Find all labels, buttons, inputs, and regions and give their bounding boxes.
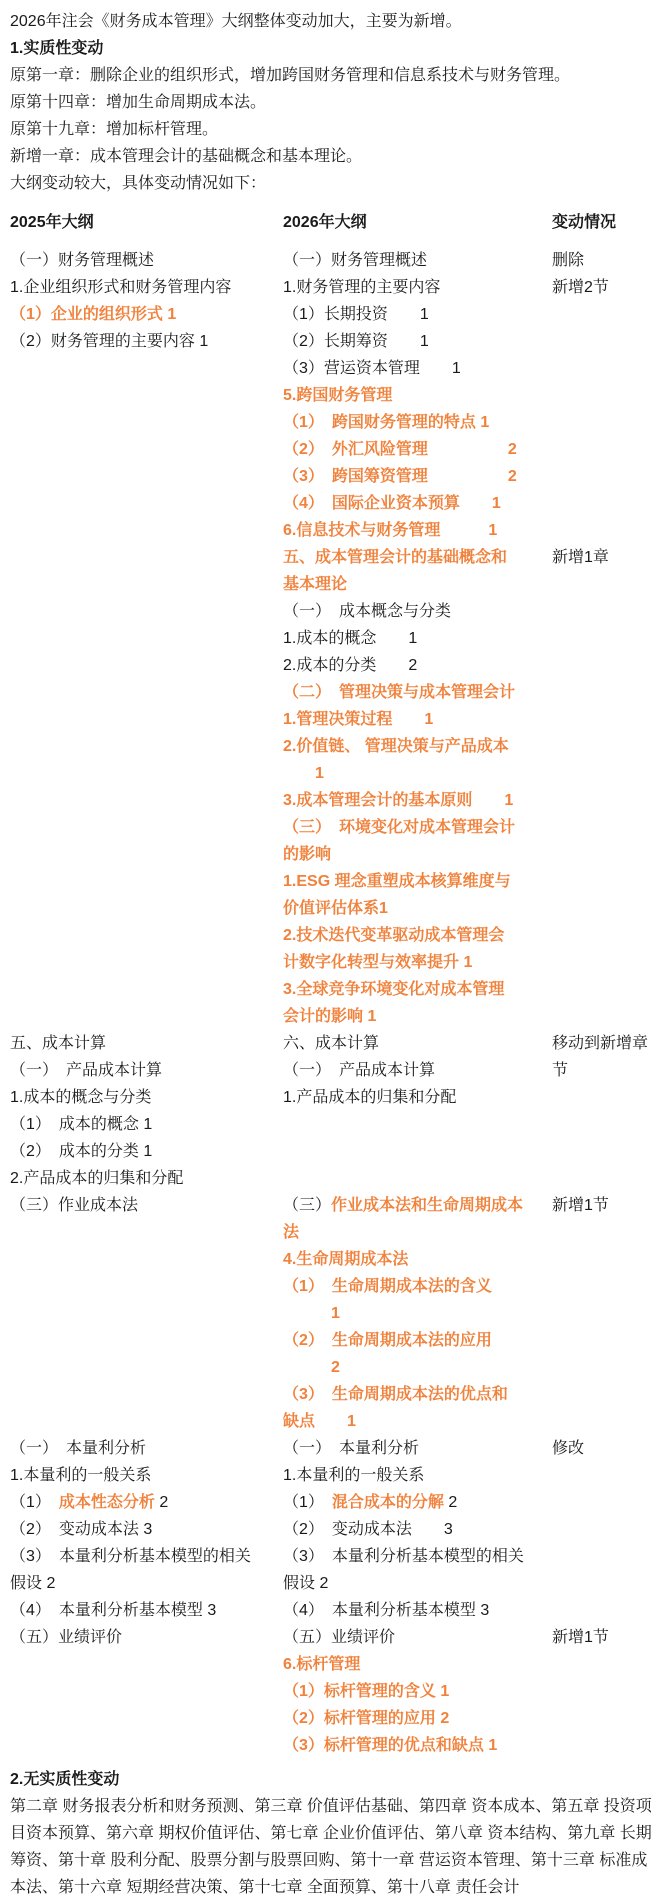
text-segment: （三）作业成本法 xyxy=(10,1197,138,1214)
text-segment: （一） 产品成本计算 xyxy=(10,1062,162,1079)
outro-section: 2.无实质性变动 第二章 财务报表分析和财务预测、第三章 价值评估基础、第四章 … xyxy=(10,1766,653,1901)
cell-2025-outline: （一）财务管理概述1.企业组织形式和财务管理内容（1）企业的组织形式 1（2）财… xyxy=(10,247,283,355)
cell-2026-outline: （三）作业成本法和生命周期成本法4.生命周期成本法（1） 生命周期成本法的含义 … xyxy=(283,1192,552,1435)
text-line: 1.成本的概念与分类 xyxy=(10,1084,283,1111)
text-segment: （4） 本量利分析基本模型 3 xyxy=(10,1602,216,1619)
text-segment: 六、成本计算 xyxy=(283,1035,379,1052)
text-segment: 2 xyxy=(155,1494,168,1511)
cell-2026-outline: （一） 本量利分析1.本量利的一般关系（1） 混合成本的分解 2（2） 变动成本… xyxy=(283,1435,552,1624)
text-segment: 新增2节 xyxy=(552,279,609,296)
text-segment: （五）业绩评价 xyxy=(283,1629,395,1646)
text-line: （一） 产品成本计算 xyxy=(10,1057,283,1084)
text-line: 法 xyxy=(283,1219,552,1246)
text-segment: （一）财务管理概述 xyxy=(10,252,154,269)
highlighted-text-segment: （2）标杆管理的应用 2 xyxy=(283,1710,449,1727)
intro-line-chapter1: 原第一章：删除企业的组织形式，增加跨国财务管理和信息系技术与财务管理。 xyxy=(10,62,653,89)
highlighted-text-segment: （二） 管理决策与成本管理会计 xyxy=(283,684,515,701)
text-line: （1） 成本性态分析 2 xyxy=(10,1489,283,1516)
text-line: （4） 本量利分析基本模型 3 xyxy=(283,1597,552,1624)
highlighted-text-segment: 1.ESG 理念重塑成本核算维度与 xyxy=(283,873,511,890)
highlighted-text-segment: （3）标杆管理的优点和缺点 1 xyxy=(283,1737,497,1754)
text-line: 1 xyxy=(283,760,552,787)
text-line: （一）财务管理概述 xyxy=(283,247,552,274)
intro-line-overview: 2026年注会《财务成本管理》大纲整体变动加大，主要为新增。 xyxy=(10,8,653,35)
text-line: （1）长期投资 1 xyxy=(283,301,552,328)
highlighted-text-segment: （2） 生命周期成本法的应用 xyxy=(283,1332,492,1349)
text-line: （三）作业成本法和生命周期成本 xyxy=(283,1192,552,1219)
highlighted-text-segment: 计数字化转型与效率提升 1 xyxy=(283,954,472,971)
text-line: （三） 环境变化对成本管理会计 xyxy=(283,814,552,841)
table-row: （三）作业成本法（三）作业成本法和生命周期成本法4.生命周期成本法（1） 生命周… xyxy=(10,1192,653,1435)
text-line: （2） 成本的分类 1 xyxy=(10,1138,283,1165)
text-line: 会计的影响 1 xyxy=(283,1003,552,1030)
text-segment: （1） xyxy=(283,1494,332,1511)
text-line: 2.价值链、 管理决策与产品成本 xyxy=(283,733,552,760)
text-line: 1.财务管理的主要内容 xyxy=(283,274,552,301)
document-root: 2026年注会《财务成本管理》大纲整体变动加大，主要为新增。 1.实质性变动 原… xyxy=(0,0,663,1901)
highlighted-text-segment: 5.跨国财务管理 xyxy=(283,387,392,404)
text-segment: 1.企业组织形式和财务管理内容 xyxy=(10,279,231,296)
text-line: （1）标杆管理的含义 1 xyxy=(283,1678,552,1705)
highlighted-text-segment: 2.价值链、 管理决策与产品成本 xyxy=(283,738,509,755)
cell-2025-outline: （三）作业成本法 xyxy=(10,1192,283,1219)
highlighted-text-segment: （3） 跨国筹资管理 2 xyxy=(283,468,517,485)
text-segment: 假设 2 xyxy=(10,1575,55,1592)
text-line: 5.跨国财务管理 xyxy=(283,382,552,409)
text-line: （一） 本量利分析 xyxy=(10,1435,283,1462)
text-segment: 移动到新增章 xyxy=(552,1035,648,1052)
text-line: 缺点 1 xyxy=(283,1408,552,1435)
text-line: 1 xyxy=(283,1300,552,1327)
table-header-change-status: 变动情况 xyxy=(552,209,663,236)
cell-2025-outline: （一） 本量利分析1.本量利的一般关系（1） 成本性态分析 2（2） 变动成本法… xyxy=(10,1435,283,1624)
text-line: （一） 产品成本计算 xyxy=(283,1057,552,1084)
text-line: （4） 本量利分析基本模型 3 xyxy=(10,1597,283,1624)
intro-line-chapter14: 原第十四章：增加生命周期成本法。 xyxy=(10,89,653,116)
text-line: 新增1章 xyxy=(552,544,663,571)
text-line: 新增1节 xyxy=(552,1624,663,1651)
intro-line-details-follow: 大纲变动较大，具体变动情况如下： xyxy=(10,170,653,197)
text-line: 假设 2 xyxy=(10,1570,283,1597)
outro-heading-no-substantive-changes: 2.无实质性变动 xyxy=(10,1766,653,1793)
text-line: 1.成本的概念 1 xyxy=(283,625,552,652)
text-segment: 1.产品成本的归集和分配 xyxy=(283,1089,456,1106)
highlighted-text-segment: 缺点 1 xyxy=(283,1413,356,1430)
highlighted-text-segment: 1 xyxy=(283,765,324,782)
cell-change-status: 删除新增2节 xyxy=(552,247,663,301)
highlighted-text-segment: 4.生命周期成本法 xyxy=(283,1251,408,1268)
cell-change-status: 新增1节 xyxy=(552,1624,663,1651)
highlighted-text-segment: 会计的影响 1 xyxy=(283,1008,376,1025)
text-segment: （4） 本量利分析基本模型 3 xyxy=(283,1602,489,1619)
text-line: 1.管理决策过程 1 xyxy=(283,706,552,733)
text-line: （2）标杆管理的应用 2 xyxy=(283,1705,552,1732)
text-line: 1.产品成本的归集和分配 xyxy=(283,1084,552,1111)
highlighted-text-segment: （三） 环境变化对成本管理会计 xyxy=(283,819,515,836)
text-segment: （2） 变动成本法 3 xyxy=(10,1521,152,1538)
text-line: （3） 跨国筹资管理 2 xyxy=(283,463,552,490)
highlighted-text-segment: （1）标杆管理的含义 1 xyxy=(283,1683,449,1700)
text-segment: 2.产品成本的归集和分配 xyxy=(10,1170,183,1187)
text-segment: （3） 本量利分析基本模型的相关 xyxy=(283,1548,524,1565)
highlighted-text-segment: （3） 生命周期成本法的优点和 xyxy=(283,1386,508,1403)
highlighted-text-segment: 混合成本的分解 xyxy=(332,1494,444,1511)
syllabus-comparison-table: 2025年大纲 2026年大纲 变动情况 （一）财务管理概述1.企业组织形式和财… xyxy=(10,209,653,1759)
text-segment: （2）财务管理的主要内容 1 xyxy=(10,333,208,350)
text-line: （3） 生命周期成本法的优点和 xyxy=(283,1381,552,1408)
text-line: 价值评估体系1 xyxy=(283,895,552,922)
text-line: （五）业绩评价 xyxy=(283,1624,552,1651)
text-segment: （3） 本量利分析基本模型的相关 xyxy=(10,1548,251,1565)
text-segment: （一） 成本概念与分类 xyxy=(283,603,451,620)
text-segment: 节 xyxy=(552,1062,568,1079)
text-line: 2.产品成本的归集和分配 xyxy=(10,1165,283,1192)
text-line: 基本理论 xyxy=(283,571,552,598)
text-line: 1.本量利的一般关系 xyxy=(283,1462,552,1489)
text-segment: 五、成本计算 xyxy=(10,1035,106,1052)
table-body: （一）财务管理概述1.企业组织形式和财务管理内容（1）企业的组织形式 1（2）财… xyxy=(10,247,653,1759)
text-line: （2）财务管理的主要内容 1 xyxy=(10,328,283,355)
text-line: （1） 生命周期成本法的含义 xyxy=(283,1273,552,1300)
text-line: （2） 外汇风险管理 2 xyxy=(283,436,552,463)
cell-change-status: 新增1节 xyxy=(552,1192,663,1219)
cell-2025-outline: （五）业绩评价 xyxy=(10,1624,283,1651)
text-line: 五、成本计算 xyxy=(10,1030,283,1057)
text-line: 1.企业组织形式和财务管理内容 xyxy=(10,274,283,301)
highlighted-text-segment: 6.标杆管理 xyxy=(283,1656,360,1673)
text-line: （三）作业成本法 xyxy=(10,1192,283,1219)
highlighted-text-segment: 价值评估体系1 xyxy=(283,900,388,917)
highlighted-text-segment: （4） 国际企业资本预算 1 xyxy=(283,495,501,512)
text-line: （3） 本量利分析基本模型的相关 xyxy=(10,1543,283,1570)
text-line: （2） 变动成本法 3 xyxy=(283,1516,552,1543)
text-line: 1.本量利的一般关系 xyxy=(10,1462,283,1489)
text-line: （1） 成本的概念 1 xyxy=(10,1111,283,1138)
text-line: （1） 混合成本的分解 2 xyxy=(283,1489,552,1516)
highlighted-text-segment: 3.成本管理会计的基本原则 1 xyxy=(283,792,513,809)
text-segment: 假设 2 xyxy=(283,1575,328,1592)
highlighted-text-segment: （2） 外汇风险管理 2 xyxy=(283,441,517,458)
table-row: （五）业绩评价（五）业绩评价6.标杆管理（1）标杆管理的含义 1（2）标杆管理的… xyxy=(10,1624,653,1759)
text-segment: 1.本量利的一般关系 xyxy=(283,1467,424,1484)
cell-2026-outline: 五、成本管理会计的基础概念和基本理论（一） 成本概念与分类1.成本的概念 12.… xyxy=(283,544,552,1030)
text-line: 4.生命周期成本法 xyxy=(283,1246,552,1273)
text-line: （3） 本量利分析基本模型的相关 xyxy=(283,1543,552,1570)
highlighted-text-segment: 2 xyxy=(283,1359,340,1376)
text-line: （一） 本量利分析 xyxy=(283,1435,552,1462)
text-line: （一）财务管理概述 xyxy=(10,247,283,274)
highlighted-text-segment: 6.信息技术与财务管理 1 xyxy=(283,522,497,539)
text-line: 2.成本的分类 2 xyxy=(283,652,552,679)
highlighted-text-segment: （1） 跨国财务管理的特点 1 xyxy=(283,414,489,431)
text-segment: （1）长期投资 1 xyxy=(283,306,429,323)
text-line: 假设 2 xyxy=(283,1570,552,1597)
text-segment: 删除 xyxy=(552,252,584,269)
text-segment: （3）营运资本管理 1 xyxy=(283,360,461,377)
cell-change-status: 新增1章 xyxy=(552,544,663,571)
text-segment: （三） xyxy=(283,1197,331,1214)
text-line: （1）企业的组织形式 1 xyxy=(10,301,283,328)
text-line: （3）标杆管理的优点和缺点 1 xyxy=(283,1732,552,1759)
text-segment: 1.本量利的一般关系 xyxy=(10,1467,151,1484)
text-line: 节 xyxy=(552,1057,663,1084)
text-segment: （五）业绩评价 xyxy=(10,1629,122,1646)
intro-heading-substantive-changes: 1.实质性变动 xyxy=(10,35,653,62)
intro-section: 2026年注会《财务成本管理》大纲整体变动加大，主要为新增。 1.实质性变动 原… xyxy=(10,8,653,197)
text-segment: （2） 变动成本法 3 xyxy=(283,1521,453,1538)
highlighted-text-segment: 成本性态分析 xyxy=(59,1494,155,1511)
text-line: 6.标杆管理 xyxy=(283,1651,552,1678)
text-segment: （一） 本量利分析 xyxy=(10,1440,146,1457)
text-segment: （2） 成本的分类 1 xyxy=(10,1143,152,1160)
cell-change-status: 移动到新增章节 xyxy=(552,1030,663,1084)
highlighted-text-segment: （1） 生命周期成本法的含义 xyxy=(283,1278,492,1295)
highlighted-text-segment: 3.全球竞争环境变化对成本管理 xyxy=(283,981,504,998)
cell-2026-outline: （一）财务管理概述1.财务管理的主要内容（1）长期投资 1（2）长期筹资 1（3… xyxy=(283,247,552,544)
text-line: 3.成本管理会计的基本原则 1 xyxy=(283,787,552,814)
text-segment: （一）财务管理概述 xyxy=(283,252,427,269)
text-line: 2 xyxy=(283,1354,552,1381)
text-line: 1.ESG 理念重塑成本核算维度与 xyxy=(283,868,552,895)
intro-line-new-chapter: 新增一章：成本管理会计的基础概念和基本理论。 xyxy=(10,143,653,170)
table-header-2025-outline: 2025年大纲 xyxy=(10,209,283,236)
highlighted-text-segment: 2.技术迭代变革驱动成本管理会 xyxy=(283,927,504,944)
text-segment: （2）长期筹资 1 xyxy=(283,333,429,350)
table-row: （一）财务管理概述1.企业组织形式和财务管理内容（1）企业的组织形式 1（2）财… xyxy=(10,247,653,544)
text-segment: 新增1章 xyxy=(552,549,609,566)
text-line: 的影响 xyxy=(283,841,552,868)
outro-unchanged-chapters-paragraph: 第二章 财务报表分析和财务预测、第三章 价值评估基础、第四章 资本成本、第五章 … xyxy=(10,1793,653,1901)
cell-2025-outline: 五、成本计算（一） 产品成本计算1.成本的概念与分类（1） 成本的概念 1（2）… xyxy=(10,1030,283,1192)
highlighted-text-segment: 作业成本法和生命周期成本 xyxy=(331,1197,523,1214)
table-row: （一） 本量利分析1.本量利的一般关系（1） 成本性态分析 2（2） 变动成本法… xyxy=(10,1435,653,1624)
highlighted-text-segment: 的影响 xyxy=(283,846,331,863)
highlighted-text-segment: 五、成本管理会计的基础概念和 xyxy=(283,549,507,566)
text-line: （2） 生命周期成本法的应用 xyxy=(283,1327,552,1354)
text-line: （4） 国际企业资本预算 1 xyxy=(283,490,552,517)
table-row: 五、成本计算（一） 产品成本计算1.成本的概念与分类（1） 成本的概念 1（2）… xyxy=(10,1030,653,1192)
text-line: 3.全球竞争环境变化对成本管理 xyxy=(283,976,552,1003)
highlighted-text-segment: 法 xyxy=(283,1224,299,1241)
text-line: （3）营运资本管理 1 xyxy=(283,355,552,382)
text-segment: 2 xyxy=(444,1494,457,1511)
text-segment: 1.成本的概念与分类 xyxy=(10,1089,151,1106)
highlighted-text-segment: （1）企业的组织形式 1 xyxy=(10,306,176,323)
text-line: （1） 跨国财务管理的特点 1 xyxy=(283,409,552,436)
text-line: 五、成本管理会计的基础概念和 xyxy=(283,544,552,571)
text-line: 移动到新增章 xyxy=(552,1030,663,1057)
text-segment: 1.成本的概念 1 xyxy=(283,630,417,647)
table-header-2026-outline: 2026年大纲 xyxy=(283,209,552,236)
text-line: 新增2节 xyxy=(552,274,663,301)
text-segment: （一） 本量利分析 xyxy=(283,1440,419,1457)
text-line: 2.技术迭代变革驱动成本管理会 xyxy=(283,922,552,949)
text-segment: （1） xyxy=(10,1494,59,1511)
text-line: （2）长期筹资 1 xyxy=(283,328,552,355)
highlighted-text-segment: 1 xyxy=(283,1305,340,1322)
text-segment: 新增1节 xyxy=(552,1629,609,1646)
cell-2026-outline: 六、成本计算（一） 产品成本计算1.产品成本的归集和分配 xyxy=(283,1030,552,1111)
table-header-row: 2025年大纲 2026年大纲 变动情况 xyxy=(10,209,653,247)
text-line: （二） 管理决策与成本管理会计 xyxy=(283,679,552,706)
cell-change-status: 修改 xyxy=(552,1435,663,1462)
text-line: （2） 变动成本法 3 xyxy=(10,1516,283,1543)
intro-line-chapter19: 原第十九章：增加标杆管理。 xyxy=(10,116,653,143)
text-segment: （1） 成本的概念 1 xyxy=(10,1116,152,1133)
text-segment: （一） 产品成本计算 xyxy=(283,1062,435,1079)
text-segment: 1.财务管理的主要内容 xyxy=(283,279,440,296)
highlighted-text-segment: 基本理论 xyxy=(283,576,347,593)
text-line: 删除 xyxy=(552,247,663,274)
text-line: （一） 成本概念与分类 xyxy=(283,598,552,625)
text-line: 新增1节 xyxy=(552,1192,663,1219)
table-row: 五、成本管理会计的基础概念和基本理论（一） 成本概念与分类1.成本的概念 12.… xyxy=(10,544,653,1030)
text-line: （五）业绩评价 xyxy=(10,1624,283,1651)
text-line: 六、成本计算 xyxy=(283,1030,552,1057)
text-segment: 新增1节 xyxy=(552,1197,609,1214)
cell-2026-outline: （五）业绩评价6.标杆管理（1）标杆管理的含义 1（2）标杆管理的应用 2（3）… xyxy=(283,1624,552,1759)
text-segment: 修改 xyxy=(552,1440,584,1457)
text-segment: 2.成本的分类 2 xyxy=(283,657,417,674)
highlighted-text-segment: 1.管理决策过程 1 xyxy=(283,711,433,728)
text-line: 6.信息技术与财务管理 1 xyxy=(283,517,552,544)
text-line: 计数字化转型与效率提升 1 xyxy=(283,949,552,976)
text-line: 修改 xyxy=(552,1435,663,1462)
